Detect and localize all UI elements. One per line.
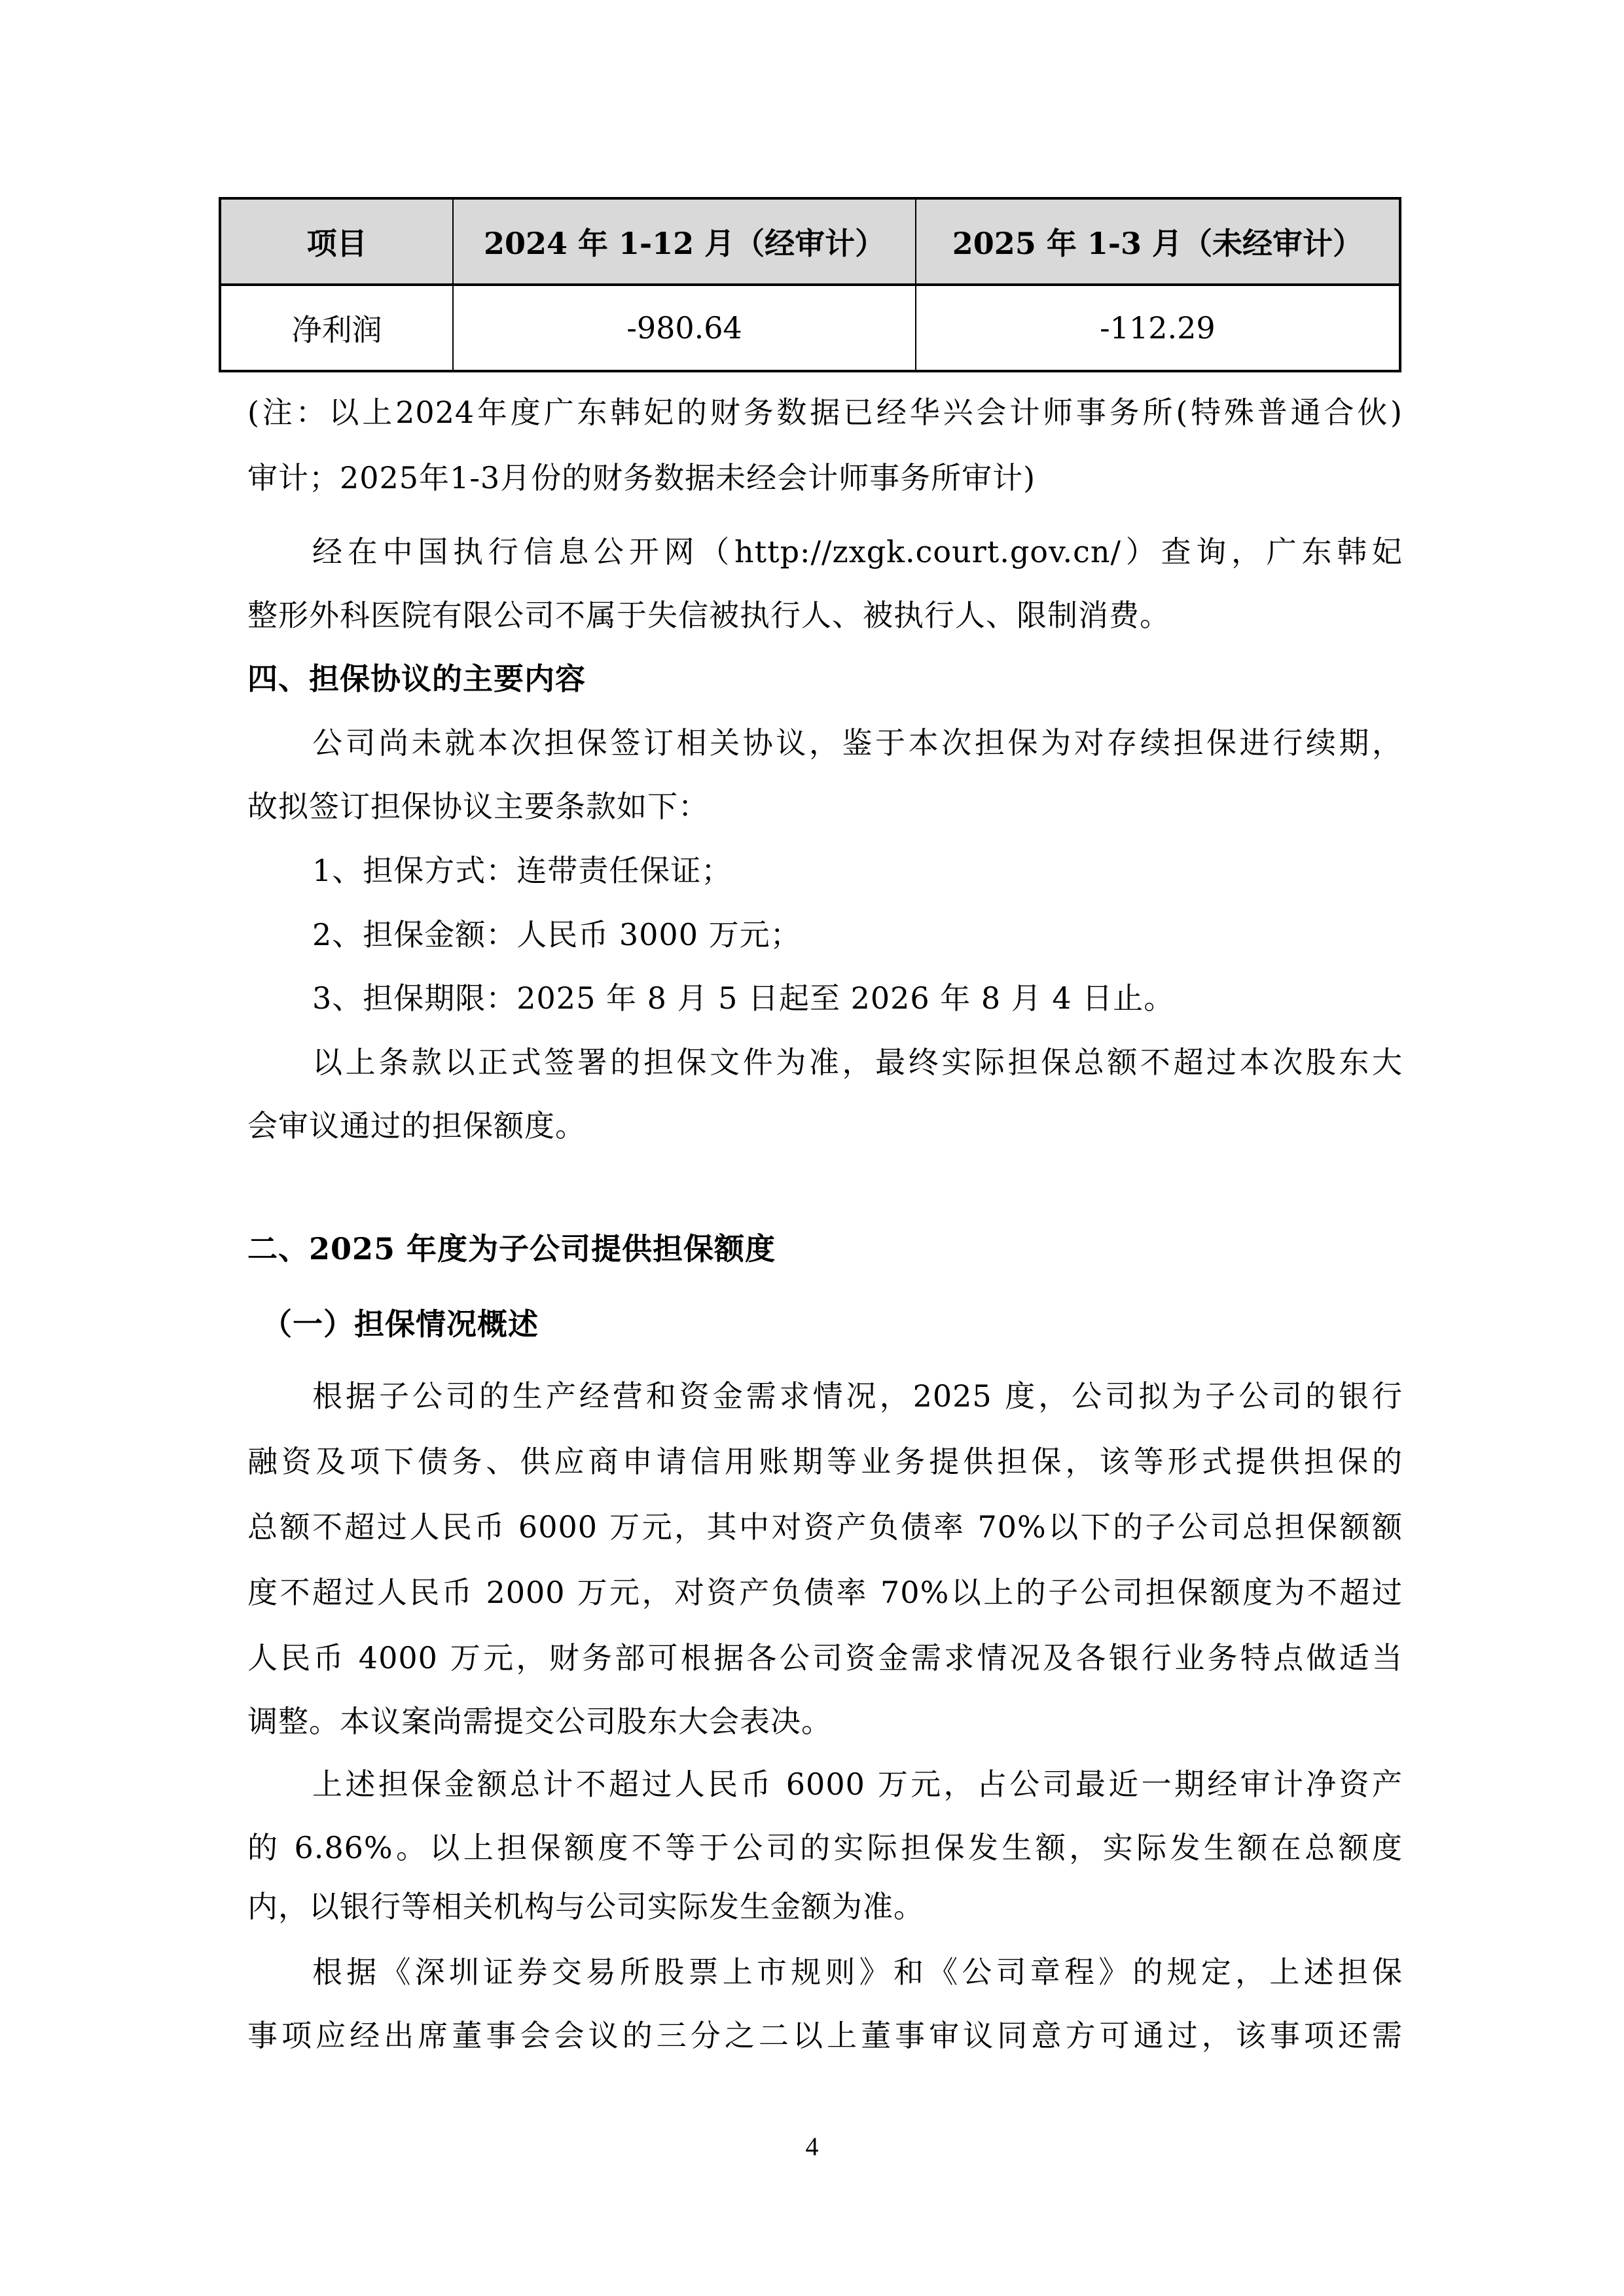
paragraph-line: 根据子公司的生产经营和资金需求情况，2025 度，公司拟为子公司的银行 [312, 1376, 1403, 1416]
paragraph-line: 经在中国执行信息公开网（http://zxgk.court.gov.cn/）查询… [312, 532, 1403, 571]
paragraph-line: 上述担保金额总计不超过人民币 6000 万元，占公司最近一期经审计净资产 [312, 1765, 1403, 1804]
financial-table: 项目 2024 年 1-12 月（经审计） 2025 年 1-3 月（未经审计）… [219, 197, 1401, 372]
note-line: 审计；2025年1-3月份的财务数据未经会计师事务所审计) [247, 458, 1403, 497]
paragraph-line: 内，以银行等相关机构与公司实际发生金额为准。 [247, 1887, 1403, 1926]
table-header-cell: 2024 年 1-12 月（经审计） [453, 198, 915, 285]
paragraph-line: 公司尚未就本次担保签订相关协议，鉴于本次担保为对存续担保进行续期， [312, 723, 1403, 762]
paragraph-line: 融资及项下债务、供应商申请信用账期等业务提供担保，该等形式提供担保的 [247, 1442, 1403, 1481]
table-header-row: 项目 2024 年 1-12 月（经审计） 2025 年 1-3 月（未经审计） [220, 198, 1400, 285]
paragraph-line: 故拟签订担保协议主要条款如下： [247, 787, 1403, 826]
paragraph-line: 的 6.86%。以上担保额度不等于公司的实际担保发生额，实际发生额在总额度 [247, 1828, 1403, 1867]
sub-heading: （一）担保情况概述 [262, 1304, 1417, 1344]
table-cell-value: -980.64 [453, 285, 915, 371]
page-number: 4 [0, 2132, 1624, 2161]
paragraph-line: 度不超过人民币 2000 万元，对资产负债率 70%以上的子公司担保额度为不超过 [247, 1573, 1403, 1612]
table-cell-value: -112.29 [916, 285, 1400, 371]
table-cell-item: 净利润 [220, 285, 453, 371]
list-item: 3、担保期限：2025 年 8 月 5 日起至 2026 年 8 月 4 日止。 [312, 978, 1403, 1018]
paragraph-line: 整形外科医院有限公司不属于失信被执行人、被执行人、限制消费。 [247, 596, 1403, 635]
paragraph-line: 根据《深圳证券交易所股票上市规则》和《公司章程》的规定，上述担保 [312, 1952, 1403, 1992]
table-row: 净利润 -980.64 -112.29 [220, 285, 1400, 371]
document-page: 项目 2024 年 1-12 月（经审计） 2025 年 1-3 月（未经审计）… [0, 0, 1624, 2296]
section-heading: 四、担保协议的主要内容 [247, 659, 1403, 698]
paragraph-line: 事项应经出席董事会会议的三分之二以上董事审议同意方可通过，该事项还需 [247, 2016, 1403, 2055]
list-item: 2、担保金额：人民币 3000 万元； [312, 915, 1403, 954]
table-header-cell: 2025 年 1-3 月（未经审计） [916, 198, 1400, 285]
table-header-cell: 项目 [220, 198, 453, 285]
paragraph-line: 人民币 4000 万元，财务部可根据各公司资金需求情况及各银行业务特点做适当 [247, 1638, 1403, 1677]
note-line: (注：以上2024年度广东韩妃的财务数据已经华兴会计师事务所(特殊普通合伙) [247, 393, 1403, 432]
paragraph-line: 调整。本议案尚需提交公司股东大会表决。 [247, 1702, 1403, 1741]
paragraph-line: 会审议通过的担保额度。 [247, 1106, 1403, 1145]
list-item: 1、担保方式：连带责任保证； [312, 851, 1403, 890]
paragraph-line: 以上条款以正式签署的担保文件为准，最终实际担保总额不超过本次股东大 [312, 1043, 1403, 1082]
section-heading: 二、2025 年度为子公司提供担保额度 [247, 1229, 1403, 1268]
paragraph-line: 总额不超过人民币 6000 万元，其中对资产负债率 70%以下的子公司总担保额额 [247, 1507, 1403, 1547]
